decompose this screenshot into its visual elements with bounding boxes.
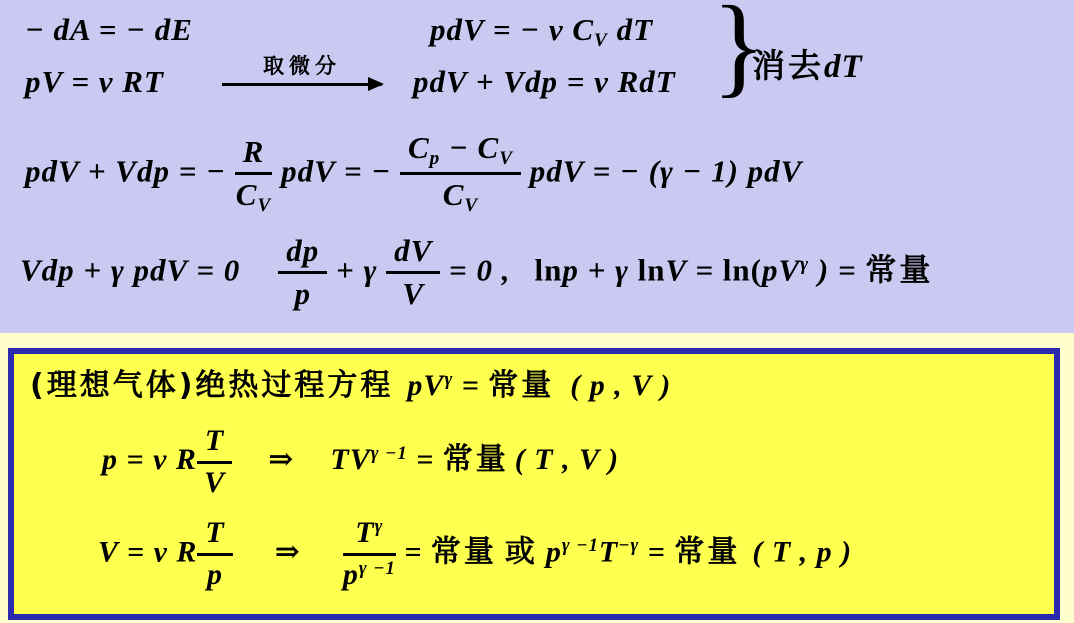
adiabatic-equation-pV: (理想气体)绝热过程方程pVγ = 常量( p , V ) <box>30 360 671 404</box>
fraction: Tp <box>197 516 232 592</box>
adiabatic-equations-box: (理想气体)绝热过程方程pVγ = 常量( p , V ) p = ν RTV⇒… <box>8 348 1060 620</box>
right-arrow-icon <box>222 83 382 86</box>
adiabatic-equation-Tp: V = ν RTp⇒Tγpγ −1 = 常量或pγ −1T−γ = 常量( T … <box>98 516 852 592</box>
eliminate-dT-label: 消去dT <box>752 40 863 87</box>
fraction: dVV <box>386 233 440 311</box>
differential-arrow-label: 取微分 <box>222 50 382 80</box>
equation-differentiated-gas-law: pdV + Vdp = ν RdT <box>413 64 676 100</box>
equation-ideal-gas-law: pV = ν RT <box>25 64 164 100</box>
fraction: Cp − CVCV <box>400 130 521 217</box>
fraction: dpp <box>278 233 327 311</box>
equation-work-internal-energy: pdV = − ν CV dT <box>430 12 653 52</box>
equation-energy-balance: − dA = − dE <box>25 12 193 48</box>
lecture-slide: − dA = − dE pdV = − ν CV dT pV = ν RT 取微… <box>0 0 1074 623</box>
adiabatic-equation-TV: p = ν RTV⇒TVγ −1 = 常量( T , V ) <box>102 424 619 500</box>
differential-arrow: 取微分 <box>222 50 382 86</box>
fraction: TV <box>197 424 232 500</box>
equation-log-integration: Vdp + γ pdV = 0dpp + γ dVV = 0 ,lnp + γ … <box>20 233 933 311</box>
fraction: RCV <box>235 134 273 217</box>
fraction: Tγpγ −1 <box>343 516 396 592</box>
derivation-panel: − dA = − dE pdV = − ν CV dT pV = ν RT 取微… <box>0 0 1074 333</box>
equation-gamma-substitution: pdV + Vdp = − RCV pdV = − Cp − CVCV pdV … <box>25 130 802 217</box>
